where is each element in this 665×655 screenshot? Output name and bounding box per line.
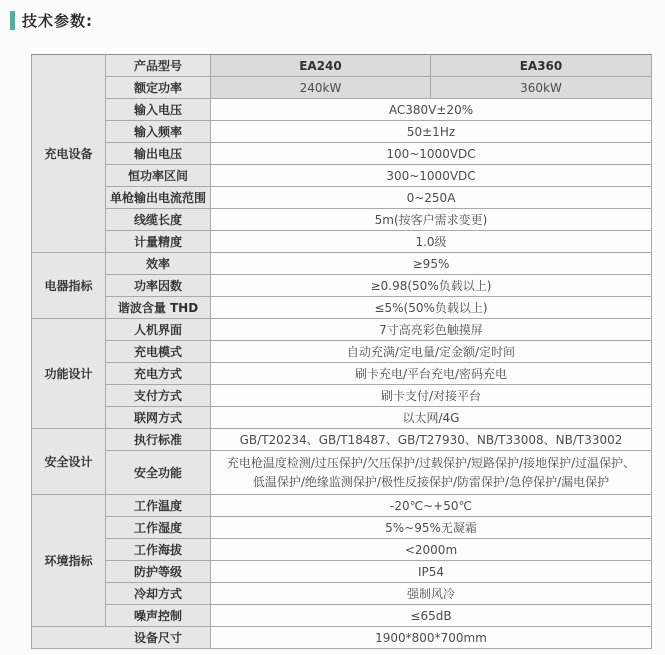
spec-value: 自动充满/定电量/定金额/定时间 <box>211 341 652 363</box>
table-row: 环境指标工作温度-20℃~+50℃ <box>32 495 652 517</box>
spec-value: <2000m <box>211 539 652 561</box>
spec-label: 工作海拔 <box>106 539 211 561</box>
group-cell: 充电设备 <box>32 55 106 253</box>
spec-value: 强制风冷 <box>211 583 652 605</box>
spec-value: 1.0级 <box>211 231 652 253</box>
spec-value: -20℃~+50℃ <box>211 495 652 517</box>
page-title: 技术参数: <box>0 0 665 31</box>
spec-value: 1900*800*700mm <box>211 627 652 649</box>
spec-label: 噪声控制 <box>106 605 211 627</box>
table-row: 防护等级IP54 <box>32 561 652 583</box>
spec-value: 240kW <box>211 77 431 99</box>
spec-value: 以太网/4G <box>211 407 652 429</box>
spec-value: 充电枪温度检测/过压保护/欠压保护/过载保护/短路保护/接地保护/过温保护、低温… <box>211 451 652 495</box>
spec-label: 充电模式 <box>106 341 211 363</box>
table-row: 工作湿度5%~95%无凝霜 <box>32 517 652 539</box>
spec-label: 充电方式 <box>106 363 211 385</box>
spec-label: 工作温度 <box>106 495 211 517</box>
spec-label: 效率 <box>106 253 211 275</box>
table-row: 恒功率区间300~1000VDC <box>32 165 652 187</box>
spec-label: 设备尺寸 <box>32 627 211 649</box>
spec-label: 防护等级 <box>106 561 211 583</box>
table-row: 谐波含量 THD≤5%(50%负载以上) <box>32 297 652 319</box>
spec-label: 输出电压 <box>106 143 211 165</box>
spec-label: 支付方式 <box>106 385 211 407</box>
spec-value: 360kW <box>431 77 652 99</box>
spec-value: ≥0.98(50%负载以上) <box>211 275 652 297</box>
spec-label: 输入频率 <box>106 121 211 143</box>
spec-value: 5m(按客户需求变更) <box>211 209 652 231</box>
table-row: 联网方式以太网/4G <box>32 407 652 429</box>
spec-label: 产品型号 <box>106 55 211 77</box>
table-row: 功能设计人机界面7寸高亮彩色触摸屏 <box>32 319 652 341</box>
spec-value: 300~1000VDC <box>211 165 652 187</box>
table-row: 计量精度1.0级 <box>32 231 652 253</box>
spec-value: 50±1Hz <box>211 121 652 143</box>
spec-value: 0~250A <box>211 187 652 209</box>
title-accent-bar <box>10 11 15 30</box>
table-row: 冷却方式强制风冷 <box>32 583 652 605</box>
spec-table-body: 充电设备产品型号EA240EA360额定功率240kW360kW输入电压AC38… <box>32 55 652 649</box>
table-row: 工作海拔<2000m <box>32 539 652 561</box>
table-row: 功率因数≥0.98(50%负载以上) <box>32 275 652 297</box>
table-row: 线缆长度5m(按客户需求变更) <box>32 209 652 231</box>
spec-value: AC380V±20% <box>211 99 652 121</box>
table-row: 电器指标效率≥95% <box>32 253 652 275</box>
spec-value: 刷卡支付/对接平台 <box>211 385 652 407</box>
spec-value: 7寸高亮彩色触摸屏 <box>211 319 652 341</box>
spec-label: 额定功率 <box>106 77 211 99</box>
spec-value: EA240 <box>211 55 431 77</box>
spec-label: 恒功率区间 <box>106 165 211 187</box>
spec-value: 100~1000VDC <box>211 143 652 165</box>
spec-label: 计量精度 <box>106 231 211 253</box>
spec-label: 冷却方式 <box>106 583 211 605</box>
spec-label: 执行标准 <box>106 429 211 451</box>
spec-value: IP54 <box>211 561 652 583</box>
table-row: 设备尺寸1900*800*700mm <box>32 627 652 649</box>
table-row: 单枪输出电流范围0~250A <box>32 187 652 209</box>
spec-label: 输入电压 <box>106 99 211 121</box>
spec-value-line: 充电枪温度检测/过压保护/欠压保护/过载保护/短路保护/接地保护/过温保护、 <box>213 454 649 473</box>
spec-value: EA360 <box>431 55 652 77</box>
page: 技术参数: 充电设备产品型号EA240EA360额定功率240kW360kW输入… <box>0 0 665 655</box>
table-row: 输入频率50±1Hz <box>32 121 652 143</box>
group-cell: 环境指标 <box>32 495 106 627</box>
spec-label: 单枪输出电流范围 <box>106 187 211 209</box>
table-row: 输出电压100~1000VDC <box>32 143 652 165</box>
table-row: 支付方式刷卡支付/对接平台 <box>32 385 652 407</box>
spec-label: 线缆长度 <box>106 209 211 231</box>
table-row: 额定功率240kW360kW <box>32 77 652 99</box>
spec-label: 人机界面 <box>106 319 211 341</box>
spec-table: 充电设备产品型号EA240EA360额定功率240kW360kW输入电压AC38… <box>31 54 652 649</box>
spec-value: GB/T20234、GB/T18487、GB/T27930、NB/T33008、… <box>211 429 652 451</box>
group-cell: 电器指标 <box>32 253 106 319</box>
page-title-text: 技术参数: <box>22 10 93 31</box>
spec-value: ≤5%(50%负载以上) <box>211 297 652 319</box>
table-row: 安全功能充电枪温度检测/过压保护/欠压保护/过载保护/短路保护/接地保护/过温保… <box>32 451 652 495</box>
group-cell: 功能设计 <box>32 319 106 429</box>
table-row: 充电方式刷卡充电/平台充电/密码充电 <box>32 363 652 385</box>
spec-value: 5%~95%无凝霜 <box>211 517 652 539</box>
group-cell: 安全设计 <box>32 429 106 495</box>
spec-label: 功率因数 <box>106 275 211 297</box>
spec-label: 谐波含量 THD <box>106 297 211 319</box>
table-row: 充电模式自动充满/定电量/定金额/定时间 <box>32 341 652 363</box>
spec-label: 工作湿度 <box>106 517 211 539</box>
spec-value-line: 低温保护/绝缘监测保护/极性反接保护/防雷保护/急停保护/漏电保护 <box>213 473 649 492</box>
table-row: 输入电压AC380V±20% <box>32 99 652 121</box>
spec-value: 刷卡充电/平台充电/密码充电 <box>211 363 652 385</box>
table-row: 充电设备产品型号EA240EA360 <box>32 55 652 77</box>
spec-label: 安全功能 <box>106 451 211 495</box>
spec-label: 联网方式 <box>106 407 211 429</box>
table-row: 噪声控制≤65dB <box>32 605 652 627</box>
spec-value: ≤65dB <box>211 605 652 627</box>
table-row: 安全设计执行标准GB/T20234、GB/T18487、GB/T27930、NB… <box>32 429 652 451</box>
spec-value: ≥95% <box>211 253 652 275</box>
